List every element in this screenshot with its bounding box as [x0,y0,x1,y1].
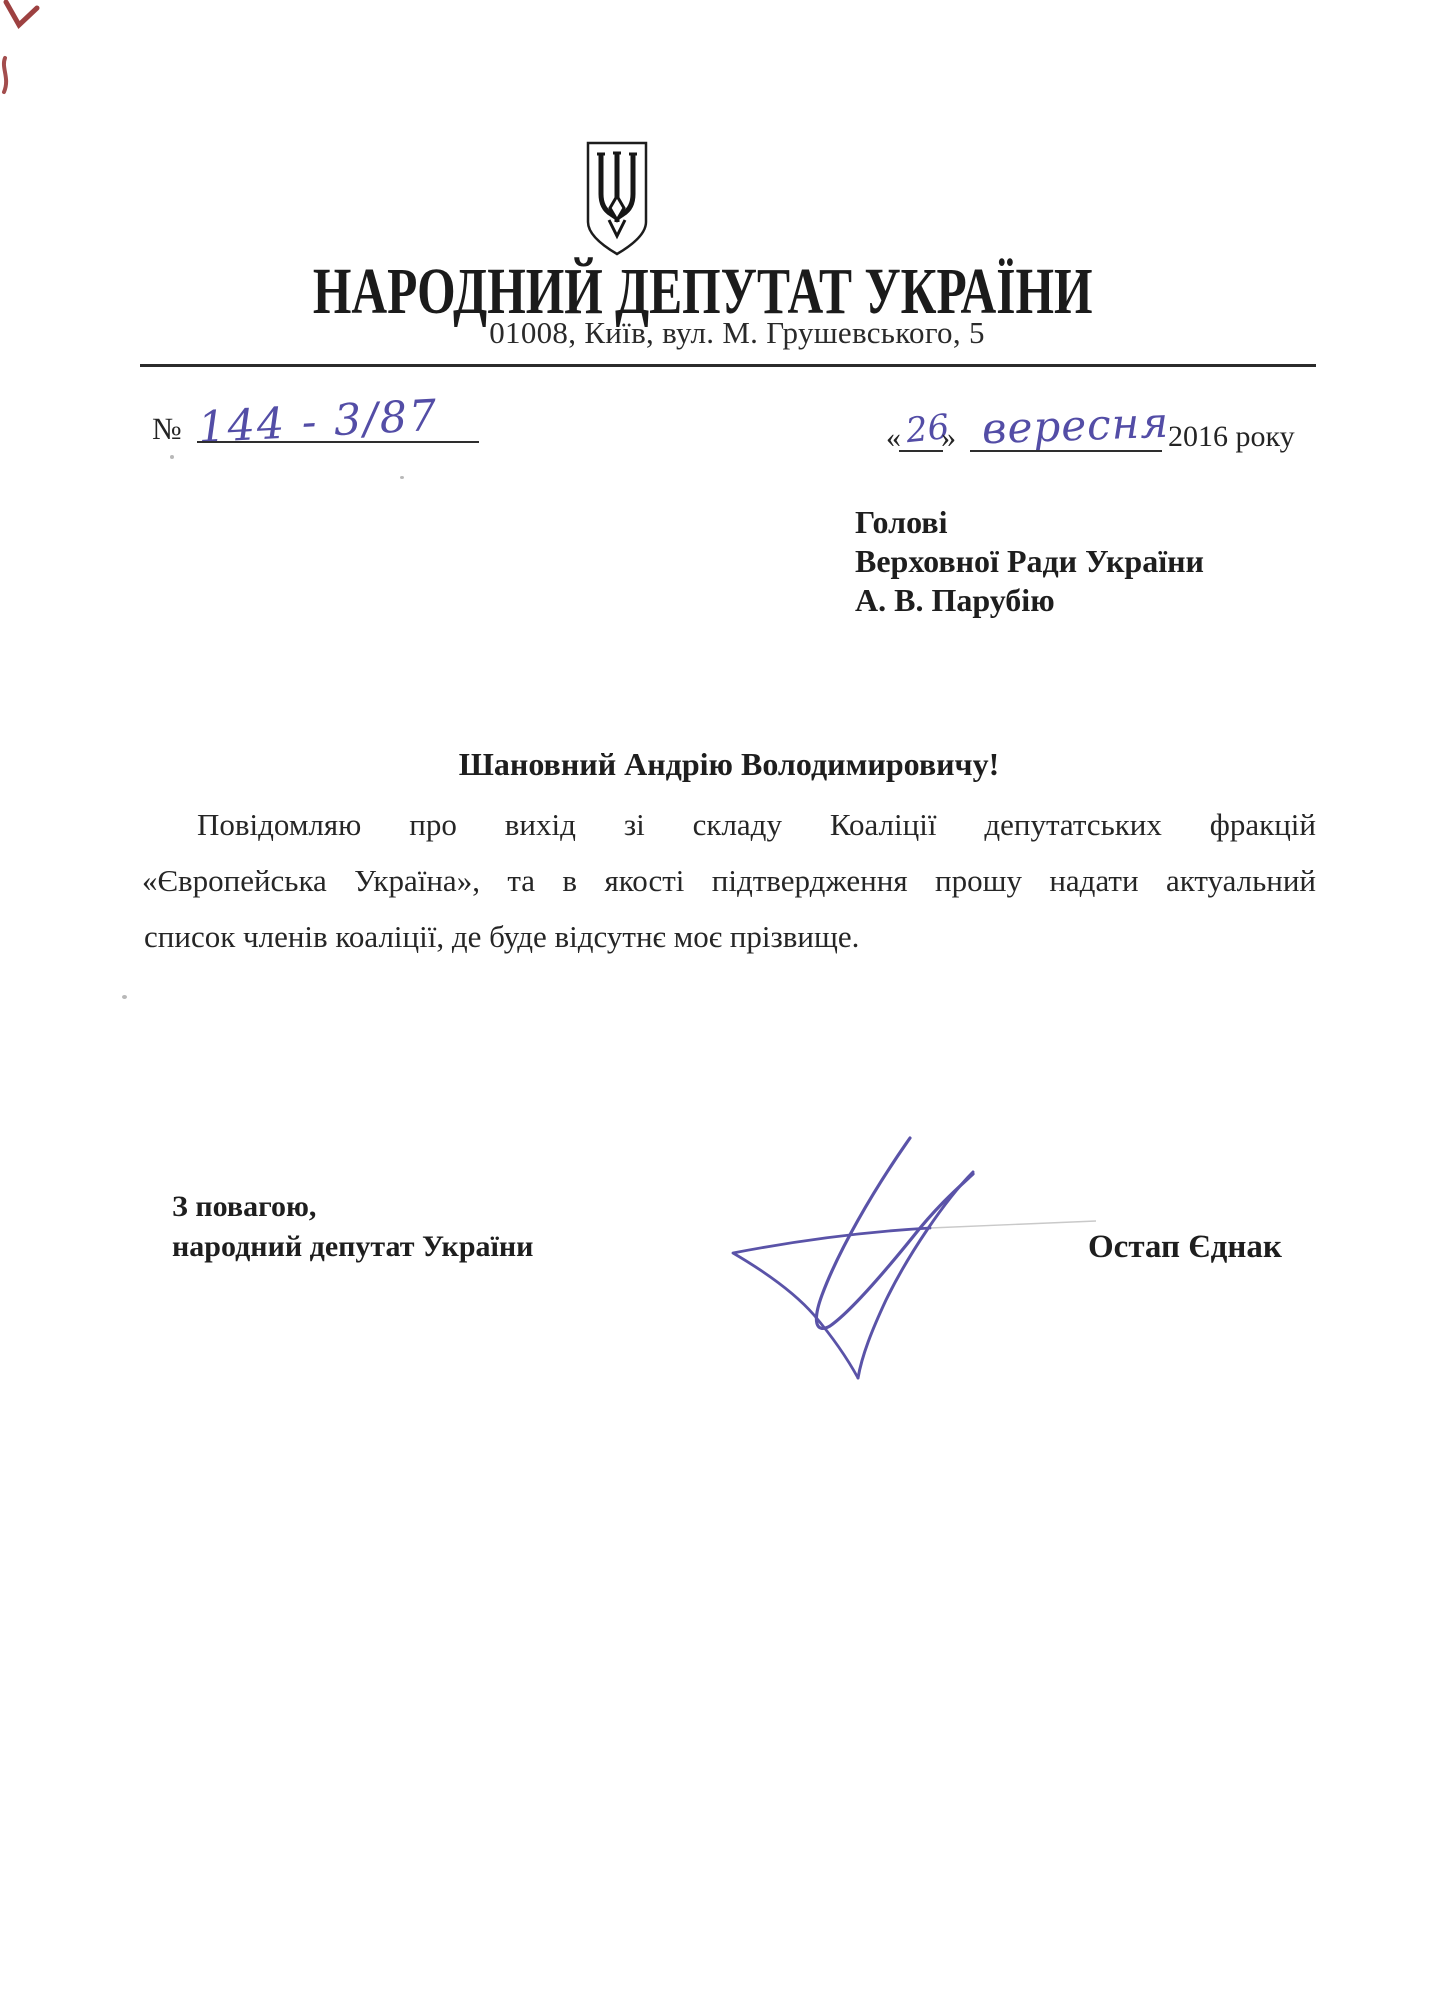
doc-number-handwritten: 144 - 3/87 [197,392,440,453]
body-line-3: список членів коаліції, де буде відсутнє… [144,920,859,955]
letter-page: НАРОДНИЙ ДЕПУТАТ УКРАЇНИ 01008, Київ, ву… [0,0,1454,2000]
closing-respect: З повагою, [172,1190,316,1224]
signer-name: Остап Єднак [1088,1229,1282,1266]
date-close-quote: » [941,421,956,455]
corner-ink-marks [0,0,60,100]
letterhead-address: 01008, Київ, вул. М. Грушевського, 5 [0,316,1454,351]
scan-speck [122,995,127,999]
trident-emblem-icon [584,140,650,258]
recipient-line: А. В. Парубію [855,581,1204,620]
date-month-handwritten: вересня [981,399,1170,453]
header-divider [140,364,1316,367]
date-month-underline [970,450,1162,452]
body-line-2: «Європейська Україна», та в якості підтв… [142,864,1316,899]
recipient-line: Голові [855,503,1204,542]
salutation: Шановний Андрію Володимировичу! [0,747,1454,783]
date-year: 2016 року [1168,420,1295,454]
doc-number-label: № [152,412,182,447]
handwritten-signature-ink [700,1100,1110,1400]
closing-role: народний депутат України [172,1230,533,1264]
body-line-1: Повідомляю про вихід зі складу Коаліції … [197,808,1316,843]
scan-speck [400,476,404,479]
recipient-block: Голові Верховної Ради України А. В. Пару… [855,503,1204,620]
date-day-underline [899,450,943,452]
scan-speck [170,455,174,459]
recipient-line: Верховної Ради України [855,542,1204,581]
doc-number-underline [197,441,479,443]
